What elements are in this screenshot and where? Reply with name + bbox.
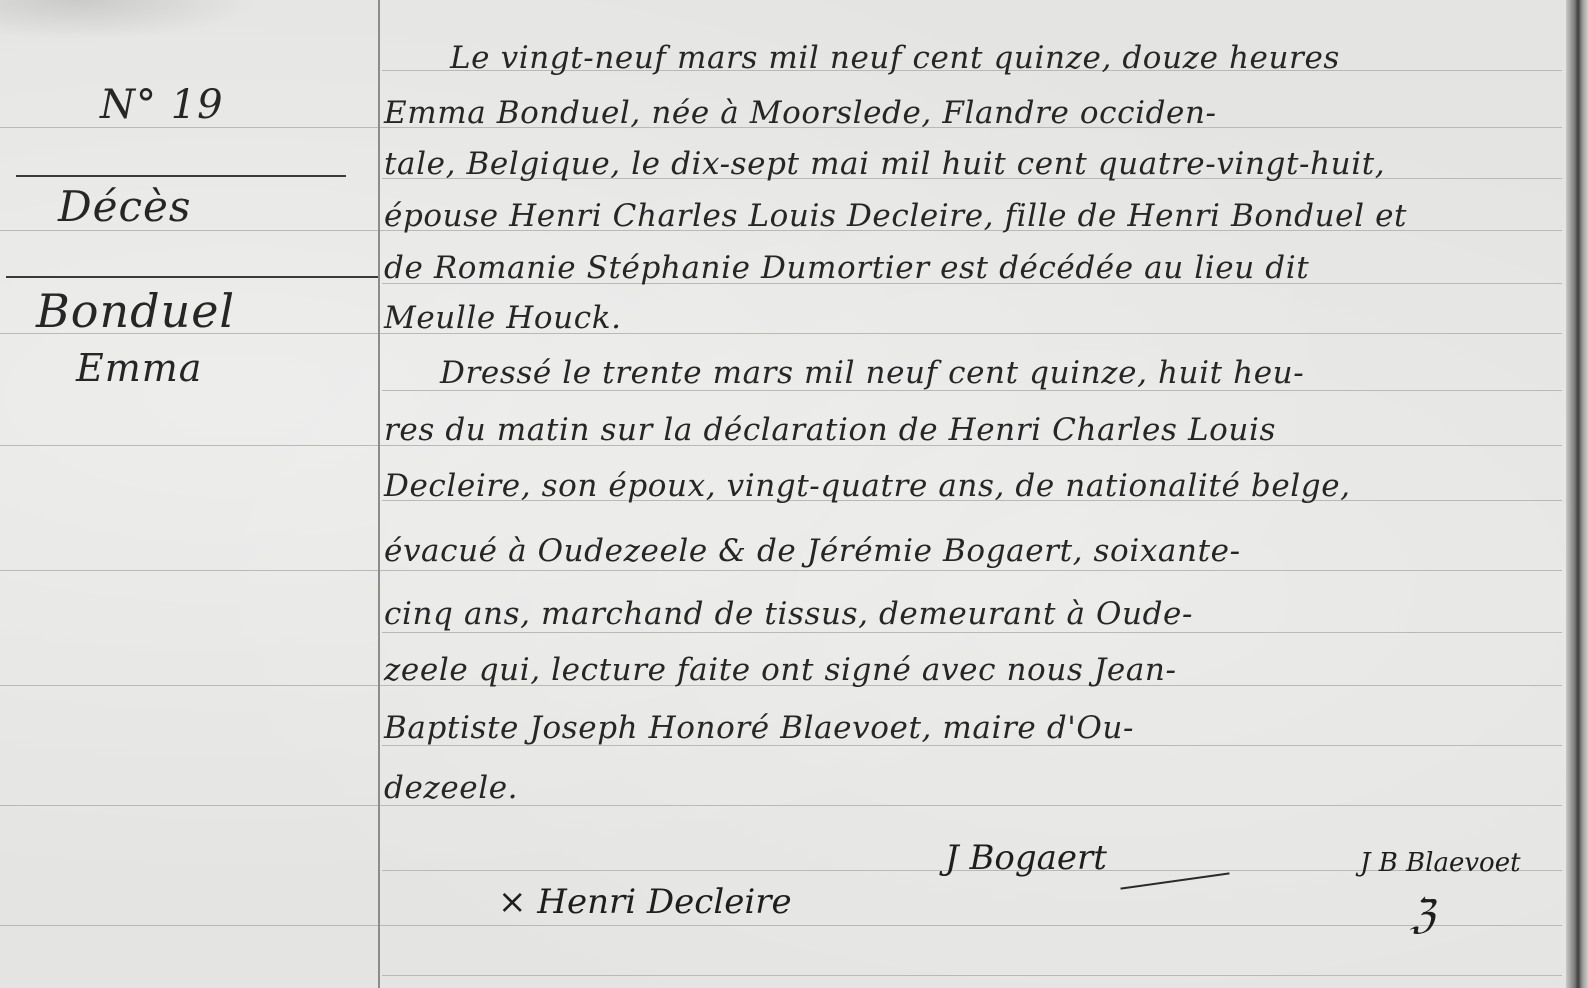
- register-page: N° 19 Décès Bonduel Emma Le vingt-neuf m…: [0, 0, 1588, 988]
- book-binding-edge: [1566, 0, 1588, 988]
- signature-witness: J Bogaert: [945, 838, 1107, 878]
- deceased-given-name: Emma: [76, 346, 202, 390]
- signature-mayor: J B Blaevoet: [1360, 848, 1521, 878]
- signature-mayor-flourish: ℨ: [1410, 892, 1435, 938]
- record-line: res du matin sur la déclaration de Henri…: [384, 412, 1276, 448]
- record-line: Decleire, son époux, vingt-quatre ans, d…: [384, 468, 1351, 504]
- signature-declarant: × Henri Decleire: [498, 882, 792, 922]
- record-line: Meulle Houck.: [384, 300, 622, 336]
- record-line: Le vingt-neuf mars mil neuf cent quinze,…: [450, 40, 1340, 76]
- ruled-line: [0, 925, 1562, 926]
- record-line: de Romanie Stéphanie Dumortier est décéd…: [384, 250, 1309, 286]
- ruled-line: [382, 632, 1562, 633]
- ruled-line: [0, 805, 1562, 806]
- entry-number: N° 19: [100, 82, 224, 128]
- record-line: épouse Henri Charles Louis Decleire, fil…: [384, 198, 1407, 234]
- record-line: tale, Belgique, le dix-sept mai mil huit…: [384, 146, 1385, 182]
- signature-flourish: [1120, 872, 1229, 889]
- scan-shadow: [0, 0, 260, 40]
- margin-separator: [6, 276, 378, 278]
- ruled-line: [0, 570, 1562, 571]
- record-line: cinq ans, marchand de tissus, demeurant …: [384, 596, 1193, 632]
- record-line: Baptiste Joseph Honoré Blaevoet, maire d…: [384, 710, 1134, 746]
- deceased-surname: Bonduel: [36, 284, 235, 338]
- ruled-line: [382, 975, 1562, 976]
- record-type: Décès: [58, 182, 191, 231]
- margin-rule: [378, 0, 380, 988]
- margin-separator: [16, 175, 346, 177]
- record-line: dezeele.: [384, 770, 518, 806]
- record-line: Emma Bonduel, née à Moorslede, Flandre o…: [384, 95, 1217, 131]
- record-line: Dressé le trente mars mil neuf cent quin…: [440, 355, 1304, 391]
- record-line: zeele qui, lecture faite ont signé avec …: [384, 652, 1177, 688]
- record-line: évacué à Oudezeele & de Jérémie Bogaert,…: [384, 533, 1241, 569]
